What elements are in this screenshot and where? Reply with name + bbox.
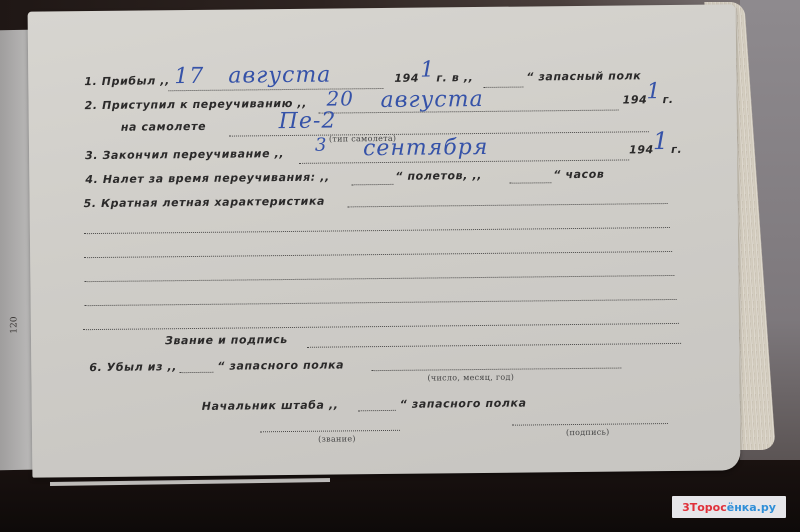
item4-label: 4. Налет за время переучивания: ,, (85, 171, 330, 187)
rank-signature-label: Звание и подпись (165, 333, 288, 347)
item3-suffix: г. (671, 143, 682, 156)
item2-suffix: г. (662, 93, 673, 106)
item1-label: 1. Прибыл ,, (84, 74, 170, 88)
aircraft-label: на самолете (121, 120, 206, 134)
item3-label: 3. Закончил переучивание ,, (85, 147, 284, 162)
item5-line-1 (84, 227, 670, 234)
item3-year-handwritten: 1 (653, 127, 670, 155)
item3-month: сентября (363, 135, 489, 161)
item5-label: 5. Кратная летная характеристика (84, 195, 326, 211)
rank-signature-line (307, 343, 681, 348)
watermark-part2: ёнка.ру (727, 501, 776, 514)
item5-line-4 (85, 299, 677, 306)
page-number: 120 (10, 316, 20, 333)
item1-year-handwritten: 1 (420, 57, 435, 82)
item2-day: 20 (326, 86, 354, 110)
item1-row: 1. Прибыл ,, (84, 74, 170, 88)
item5-line-3 (84, 275, 674, 282)
item1-day: 17 (174, 64, 204, 89)
item5-line-5 (83, 323, 679, 330)
item3-day: 3 (315, 135, 328, 156)
item6-regiment-line (179, 372, 213, 373)
chief-of-staff-label: Начальник штаба ,, (202, 398, 339, 412)
item2-month: августа (380, 87, 483, 113)
item4-flights-suffix: “ полетов, ,, (395, 169, 482, 183)
item2-label: 2. Приступил к переучиванию ,, (84, 97, 307, 112)
form-page: 1. Прибыл ,, 17 августа 194 1 г. в ,, “ … (28, 4, 741, 477)
item3-year-printed: 194 (629, 143, 654, 156)
item1-year-printed: 194 (394, 72, 419, 85)
item6-suffix: “ запасного полка (217, 358, 344, 372)
item4-hours-suffix: “ часов (553, 168, 604, 182)
item4-flights-line (351, 184, 393, 185)
item2-year-handwritten: 1 (646, 79, 661, 104)
retraining-form: 1. Прибыл ,, 17 августа 194 1 г. в ,, “ … (28, 4, 741, 477)
chief-rank-caption: (звание) (318, 434, 356, 443)
item1-suffix: г. в ,, (436, 71, 473, 84)
chief-signature-caption: (подпись) (566, 428, 610, 437)
item1-month: августа (228, 63, 331, 89)
chief-rank-line (260, 430, 400, 432)
chief-signature-line (512, 423, 668, 426)
chief-regiment-line (358, 410, 396, 411)
watermark-part1: 3Торос (682, 501, 727, 514)
item1-regiment-line (483, 87, 523, 88)
chief-of-staff-suffix: “ запасного полка (400, 397, 527, 411)
watermark-logo: 3Торосёнка.ру (672, 496, 786, 518)
item2-year-printed: 194 (622, 93, 647, 106)
item6-date-line (371, 368, 621, 372)
aircraft-value: Пе-2 (279, 108, 337, 134)
item4-hours-line (509, 182, 551, 183)
item6-caption: (число, месяц, год) (427, 373, 514, 383)
item6-label: 6. Убыл из ,, (89, 360, 177, 374)
item5-line-2 (84, 251, 672, 258)
item5-line-0 (348, 203, 668, 207)
item1-regiment-suffix: “ запасный полк (526, 69, 641, 83)
